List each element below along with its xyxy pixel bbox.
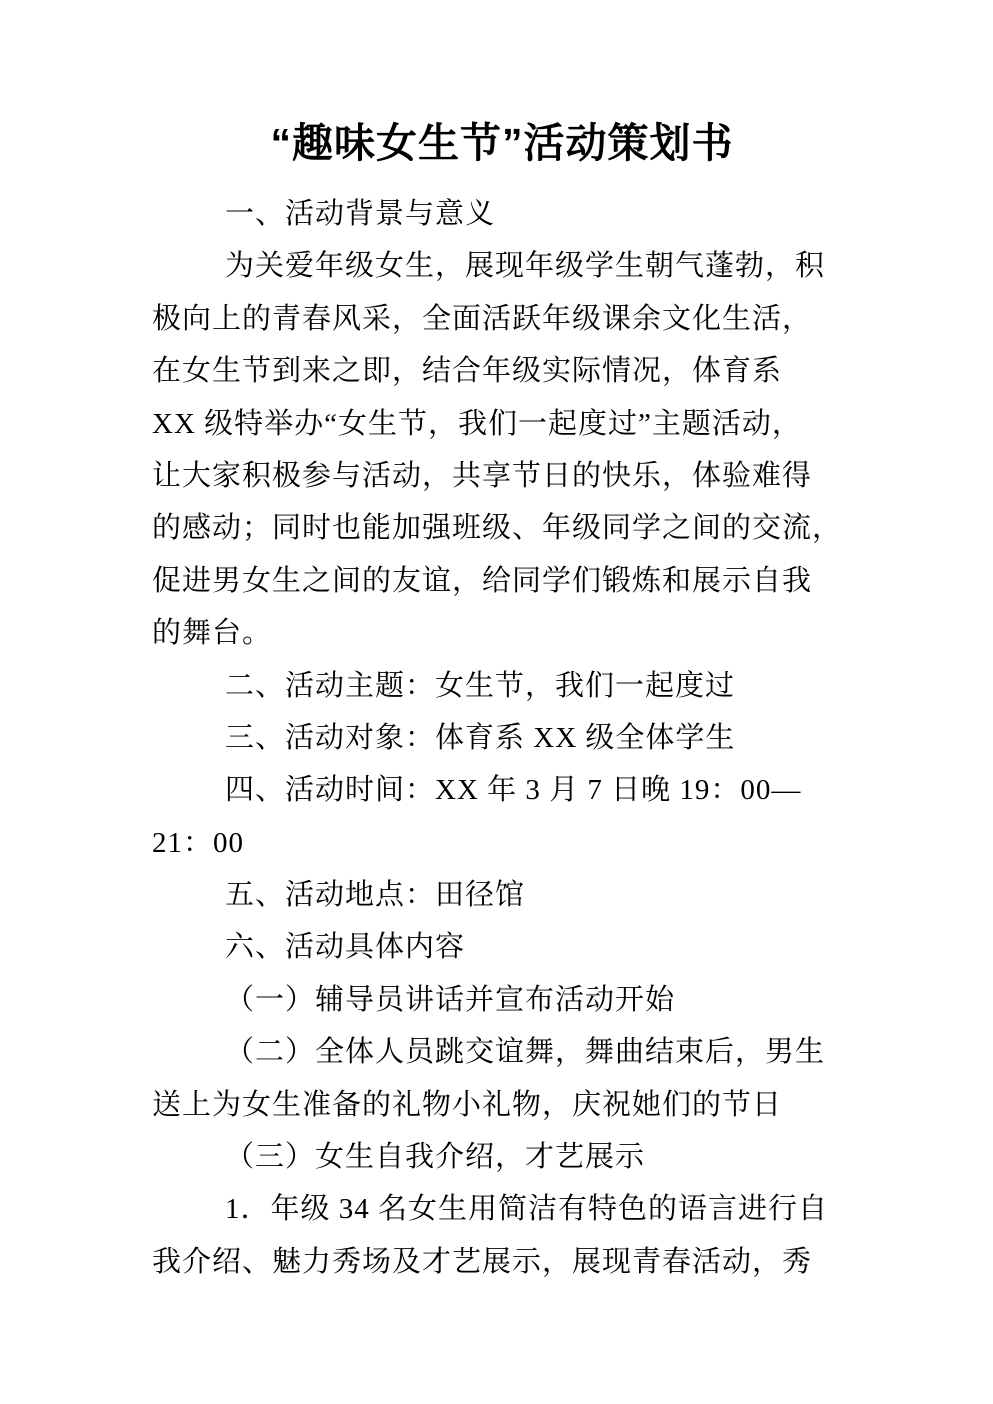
text-line: 在女生节到来之即，结合年级实际情况，体育系 — [152, 345, 852, 397]
heading-line: 六、活动具体内容 — [152, 921, 852, 973]
text-line: 送上为女生准备的礼物小礼物，庆祝她们的节日 — [152, 1079, 852, 1131]
heading-line: 二、活动主题：女生节，我们一起度过 — [152, 660, 852, 712]
text-line: XX 级特举办“女生节，我们一起度过”主题活动， — [152, 398, 852, 450]
heading-line: 五、活动地点：田径馆 — [152, 869, 852, 921]
text-line: 的舞台。 — [152, 607, 852, 659]
document-content: “趣味女生节”活动策划书 一、活动背景与意义 为关爱年级女生，展现年级学生朝气蓬… — [152, 0, 852, 1288]
text-line: 让大家积极参与活动，共享节日的快乐，体验难得 — [152, 450, 852, 502]
text-line: （二）全体人员跳交谊舞，舞曲结束后，男生 — [152, 1026, 852, 1078]
text-line: （三）女生自我介绍，才艺展示 — [152, 1131, 852, 1183]
heading-line: 一、活动背景与意义 — [152, 188, 852, 240]
text-line: 的感动；同时也能加强班级、年级同学之间的交流， — [152, 502, 852, 554]
text-line: 为关爱年级女生，展现年级学生朝气蓬勃，积 — [152, 240, 852, 292]
text-line: 21：00 — [152, 817, 852, 869]
document-body: 一、活动背景与意义 为关爱年级女生，展现年级学生朝气蓬勃，积 极向上的青春风采，… — [152, 188, 852, 1288]
heading-line: 三、活动对象：体育系 XX 级全体学生 — [152, 712, 852, 764]
text-line: 促进男女生之间的友谊，给同学们锻炼和展示自我 — [152, 555, 852, 607]
heading-line: 四、活动时间：XX 年 3 月 7 日晚 19：00— — [152, 764, 852, 816]
text-line: 我介绍、魅力秀场及才艺展示，展现青春活动，秀 — [152, 1236, 852, 1288]
text-line: 极向上的青春风采，全面活跃年级课余文化生活， — [152, 293, 852, 345]
document-page: “趣味女生节”活动策划书 一、活动背景与意义 为关爱年级女生，展现年级学生朝气蓬… — [0, 0, 993, 1404]
text-line: 1．年级 34 名女生用简洁有特色的语言进行自 — [152, 1183, 852, 1235]
text-line: （一）辅导员讲话并宣布活动开始 — [152, 974, 852, 1026]
document-title: “趣味女生节”活动策划书 — [152, 112, 852, 174]
